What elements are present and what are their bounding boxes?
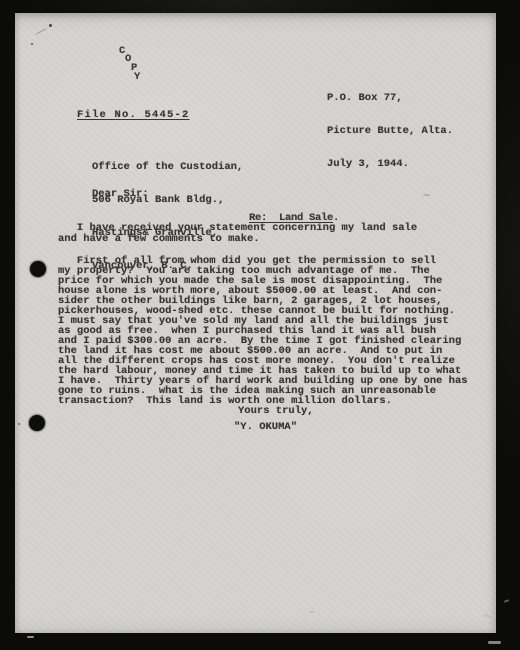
paper-scratch — [35, 28, 46, 35]
copy-stamp: C O P Y — [119, 45, 149, 85]
border-scratch — [504, 599, 509, 602]
sender-address-block: P.O. Box 77, Picture Butte, Alta. July 3… — [327, 71, 453, 192]
recipient-office: Office of the Custodian, — [92, 162, 243, 173]
border-speck — [27, 636, 34, 638]
scanned-letter-scan: C O P Y P.O. Box 77, Picture Butte, Alta… — [0, 0, 520, 650]
body-paragraph-1: I have received your statement concernin… — [58, 223, 417, 245]
paper-smudge — [423, 194, 430, 196]
sender-city: Picture Butte, Alta. — [327, 126, 453, 137]
hole-punch-bottom — [29, 415, 45, 431]
paper-smudge — [483, 614, 492, 618]
file-number: File No. 5445-2 — [77, 110, 190, 121]
salutation: Dear Sir: — [92, 189, 149, 200]
body-paragraph-2: First of all from whom did you get the p… — [58, 256, 468, 406]
copy-letter-y: Y — [134, 71, 140, 83]
paper-speck — [49, 24, 52, 27]
hole-punch-top — [30, 261, 46, 277]
border-speck — [488, 641, 501, 644]
paper-speck — [31, 43, 33, 45]
sender-po-box: P.O. Box 77, — [327, 93, 453, 104]
typed-signature: "Y. OKUMA" — [234, 422, 297, 433]
letter-paper: C O P Y P.O. Box 77, Picture Butte, Alta… — [15, 13, 496, 633]
closing: Yours truly, — [238, 406, 314, 417]
letter-date: July 3, 1944. — [327, 159, 453, 170]
paper-speck — [18, 423, 20, 425]
paper-smudge — [310, 611, 314, 613]
